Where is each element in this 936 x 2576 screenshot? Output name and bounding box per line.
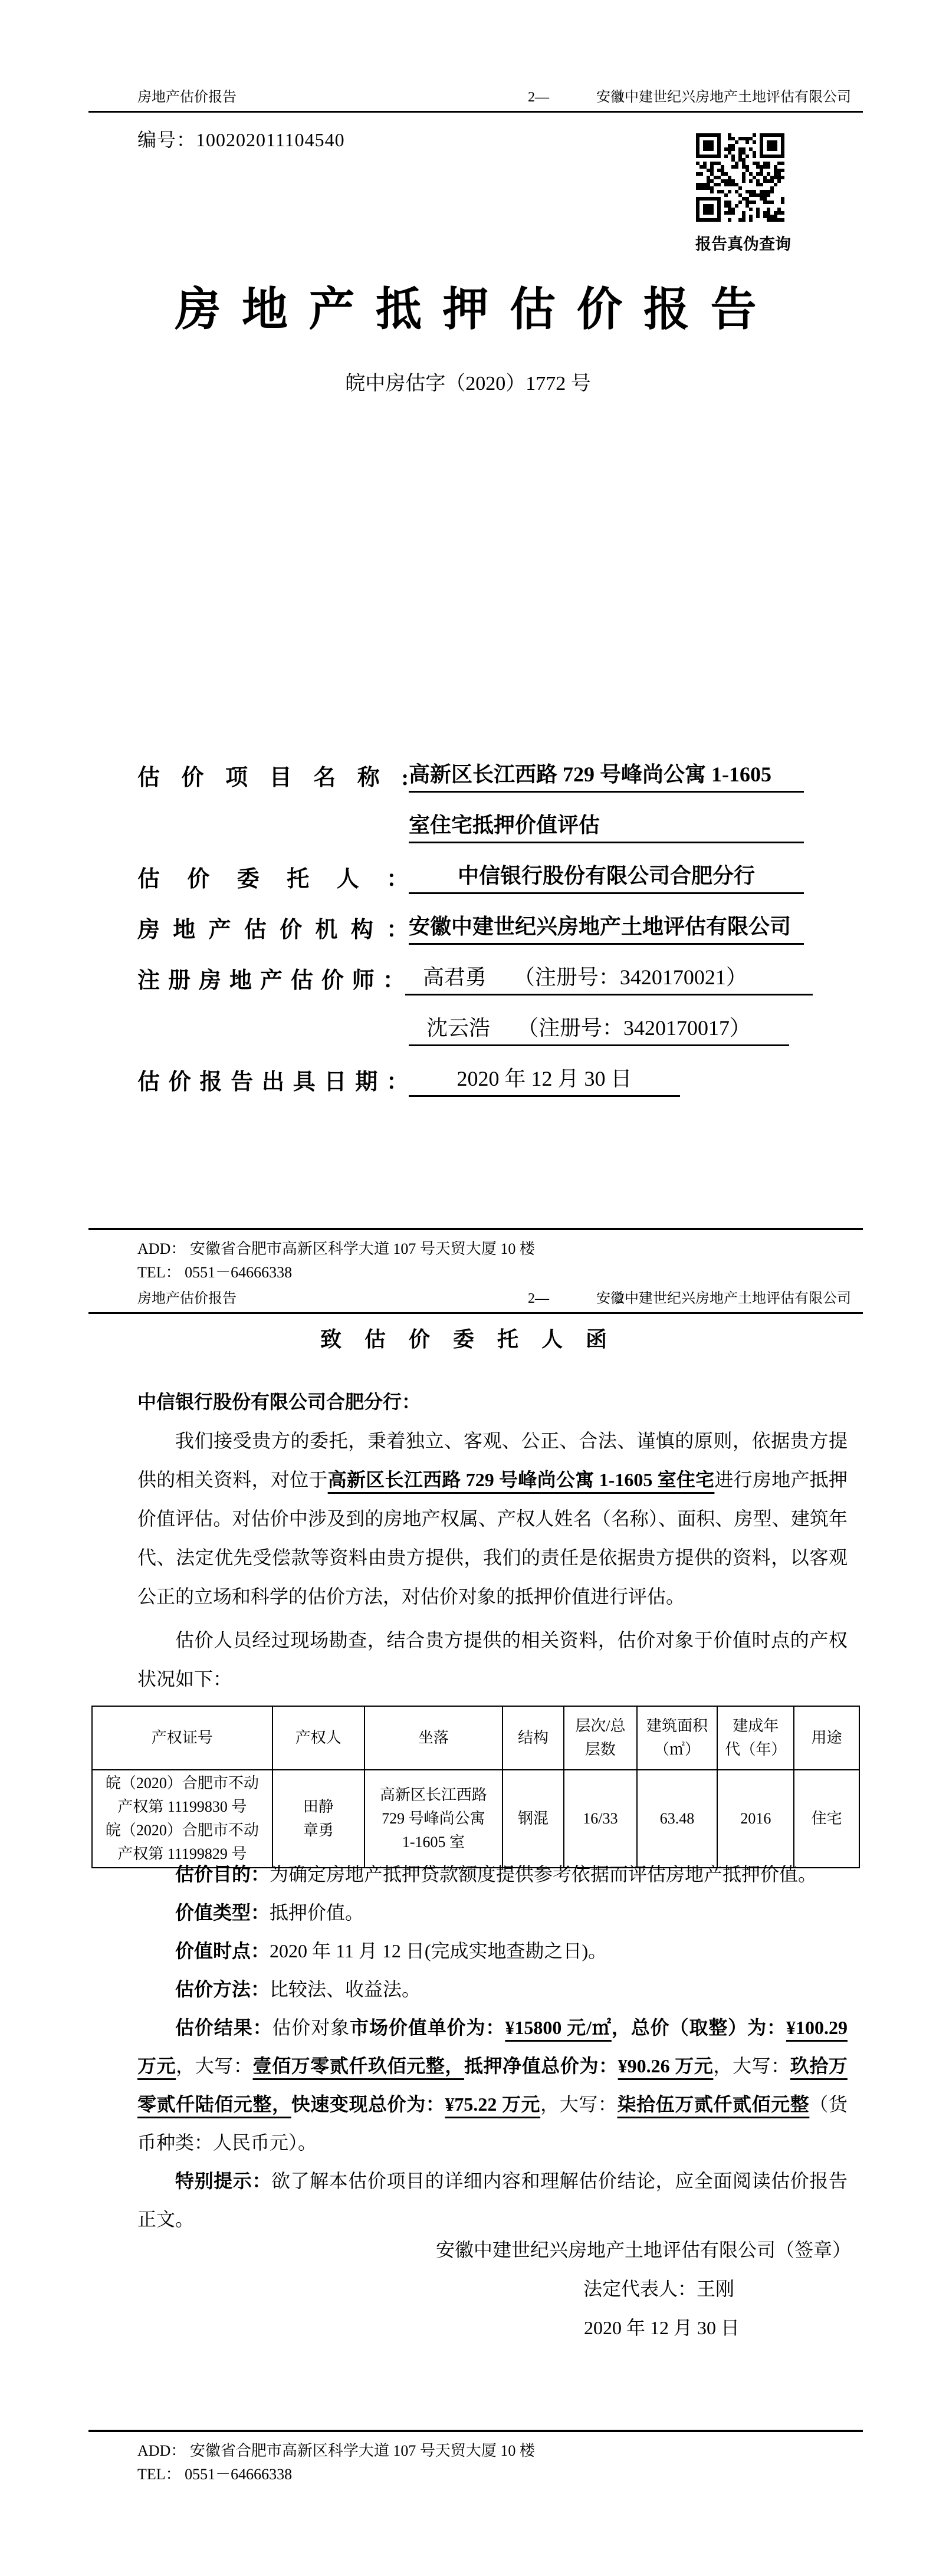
value-date-value: 2020 年 11 月 12 日(完成实地查勘之日)。 — [270, 1940, 607, 1961]
field-project-value-line1: 高新区长江西路 729 号峰尚公寓 1-1605 — [409, 759, 804, 793]
result-seg-5: ，大写： — [176, 2055, 252, 2076]
purpose-label: 估价目的： — [175, 1864, 270, 1885]
signature-date: 2020 年 12 月 30 日 — [584, 2313, 740, 2340]
result-label: 估价结果： — [175, 2017, 272, 2038]
methods-line: 估价方法：比较法、收益法。 — [137, 1970, 848, 2009]
page2-header-company: 安徽中建世纪兴房地产土地评估有限公司 — [596, 1289, 851, 1309]
field-project-row1: 估 价 项 目 名 称 : 高新区长江西路 729 号峰尚公寓 1-1605 — [137, 742, 813, 793]
col-header-owner: 产权人 — [272, 1706, 364, 1770]
property-rights-table: 产权证号 产权人 坐落 结构 层次/总 层数 建筑面积 （㎡） 建成年 代（年）… — [91, 1706, 860, 1868]
result-seg-1: 市场价值单价为： — [350, 2017, 505, 2038]
value-type-label: 价值类型： — [175, 1902, 270, 1923]
field-agency-label: 房地产估价机构： — [137, 915, 409, 945]
page1-header-page-group: 2— — [528, 90, 549, 105]
report-number: 编号：100202011104540 — [137, 125, 345, 152]
page1-header-doc-type: 房地产估价报告 — [137, 87, 237, 107]
qr-caption: 报告真伪查询 — [675, 231, 811, 254]
page2-header-page-group: 2— — [528, 1291, 549, 1306]
result-seg-11: 快速变现总价为： — [291, 2094, 445, 2115]
result-total-price-words: 壹佰万零贰仟玖佰元整， — [253, 2055, 464, 2076]
result-seg-13: ，大写： — [540, 2094, 617, 2115]
report-number-value: 100202011104540 — [196, 129, 345, 150]
result-seg-9: ，大写： — [713, 2055, 790, 2076]
methods-label: 估价方法： — [175, 1979, 270, 2000]
qr-code — [696, 133, 784, 222]
purpose-line: 估价目的：为确定房地产抵押贷款额度提供参考依据而评估房地产抵押价值。 — [137, 1855, 848, 1894]
field-appraiser2-value: 沈云浩（注册号：3420170017） — [409, 1013, 789, 1046]
col-header-structure: 结构 — [503, 1706, 564, 1770]
special-notice-label: 特别提示： — [175, 2170, 271, 2191]
result-net-price: ¥90.26 万元 — [618, 2055, 714, 2076]
cell-cert-no: 皖（2020）合肥市不动 产权第 11199830 号 皖（2020）合肥市不动… — [92, 1770, 272, 1868]
signature-company: 安徽中建世纪兴房地产土地评估有限公司（签章） — [88, 2235, 863, 2262]
page1-footer-address: ADD： 安徽省合肥市高新区科学大道 107 号天贸大厦 10 楼 — [88, 1237, 863, 1261]
table-header-row: 产权证号 产权人 坐落 结构 层次/总 层数 建筑面积 （㎡） 建成年 代（年）… — [92, 1706, 859, 1770]
field-project-value-line2: 室住宅抵押价值评估 — [409, 810, 804, 843]
value-type-value: 抵押价值。 — [270, 1902, 364, 1923]
col-header-area: 建筑面积 （㎡） — [637, 1706, 718, 1770]
field-report-date-value: 2020 年 12 月 30 日 — [409, 1063, 680, 1097]
cell-owner: 田静 章勇 — [272, 1770, 364, 1868]
special-notice: 特别提示：欲了解本估价项目的详细内容和理解估价结论，应全面阅读估价报告正文。 — [137, 2162, 848, 2239]
cell-location: 高新区长江西路 729 号峰尚公寓 1-1605 室 — [364, 1770, 503, 1868]
result-unit-price: ¥15800 元/㎡ — [505, 2017, 612, 2038]
field-agency-row: 房地产估价机构： 安徽中建世纪兴房地产土地评估有限公司 — [137, 894, 813, 945]
result-seg-7: 抵押净值总价为： — [464, 2055, 618, 2076]
field-project-label: 估 价 项 目 名 称 : — [137, 763, 409, 793]
signature-legal-representative: 法定代表人：王刚 — [583, 2274, 734, 2301]
field-appraiser1-row: 注册房地产估价师： 高君勇（注册号：3420170021） — [137, 945, 813, 995]
report-document: { "page1": { "header": { "left": "房地产估价报… — [0, 0, 936, 2576]
letter-title: 致 估 价 委 托 人 函 — [0, 1323, 936, 1353]
cell-structure: 钢混 — [503, 1770, 564, 1868]
col-header-use: 用途 — [794, 1706, 859, 1770]
purpose-value: 为确定房地产抵押贷款额度提供参考依据而评估房地产抵押价值。 — [270, 1864, 817, 1885]
page2-running-header: 房地产估价报告 2—2 安徽中建世纪兴房地产土地评估有限公司 — [88, 1289, 863, 1314]
field-client-value: 中信银行股份有限公司合肥分行 — [409, 860, 804, 894]
result-seg-0: 估价对象 — [272, 2017, 350, 2038]
page2-header-doc-type: 房地产估价报告 — [137, 1289, 237, 1309]
letter-salutation: 中信银行股份有限公司合肥分行： — [137, 1387, 421, 1414]
field-client-label: 估 价 委 托 人 ： — [137, 865, 409, 894]
appraiser1-reg-no: （注册号：3420170021） — [514, 965, 747, 989]
cover-title: 房 地 产 抵 押 估 价 报 告 — [0, 272, 936, 339]
cell-year-built: 2016 — [717, 1770, 794, 1868]
value-date-label: 价值时点： — [175, 1940, 270, 1961]
field-client-row: 估 价 委 托 人 ： 中信银行股份有限公司合肥分行 — [137, 843, 813, 894]
cell-use: 住宅 — [794, 1770, 859, 1868]
qr-code-image — [696, 133, 784, 222]
cell-area: 63.48 — [637, 1770, 718, 1868]
col-header-cert-no: 产权证号 — [92, 1706, 272, 1770]
field-agency-value: 安徽中建世纪兴房地产土地评估有限公司 — [409, 911, 804, 945]
page1-footer-telephone: TEL： 0551－64666338 — [88, 1261, 863, 1284]
page2-footer-address: ADD： 安徽省合肥市高新区科学大道 107 号天贸大厦 10 楼 — [88, 2439, 863, 2463]
value-date-line: 价值时点：2020 年 11 月 12 日(完成实地查勘之日)。 — [137, 1932, 848, 1970]
appraiser2-reg-no: （注册号：3420170017） — [517, 1016, 751, 1040]
conclusion-sections: 估价目的：为确定房地产抵押贷款额度提供参考依据而评估房地产抵押价值。 价值类型：… — [137, 1855, 848, 2239]
letter-paragraph-1: 我们接受贵方的委托，秉着独立、客观、公正、合法、谨慎的原则，依据贵方提供的相关资… — [137, 1421, 848, 1616]
letter-paragraph-2: 估价人员经过现场勘查，结合贵方提供的相关资料，估价对象于价值时点的产权状况如下： — [137, 1621, 848, 1698]
result-paragraph: 估价结果：估价对象市场价值单价为：¥15800 元/㎡，总价（取整）为：¥100… — [137, 2009, 848, 2162]
result-quick-sale-price: ¥75.22 万元 — [445, 2094, 540, 2115]
value-type-line: 价值类型：抵押价值。 — [137, 1894, 848, 1932]
para1-property-address: 高新区长江西路 729 号峰尚公寓 1-1605 室住宅 — [328, 1469, 715, 1490]
page1-running-header: 房地产估价报告 2—1 安徽中建世纪兴房地产土地评估有限公司 — [88, 87, 863, 113]
table-data-row: 皖（2020）合肥市不动 产权第 11199830 号 皖（2020）合肥市不动… — [92, 1770, 859, 1868]
cover-subtitle: 皖中房估字（2020）1772 号 — [0, 367, 936, 396]
field-report-date-row: 估价报告出具日期： 2020 年 12 月 30 日 — [137, 1046, 813, 1097]
page2-footer-telephone: TEL： 0551－64666338 — [88, 2463, 863, 2486]
col-header-year-built: 建成年 代（年） — [717, 1706, 794, 1770]
report-number-label: 编号： — [137, 129, 196, 150]
cell-floor: 16/33 — [564, 1770, 637, 1868]
result-quick-sale-words: 柒拾伍万贰仟贰佰元整 — [617, 2094, 809, 2115]
appraiser1-name: 高君勇 — [423, 965, 487, 989]
field-appraiser-label: 注册房地产估价师： — [137, 966, 405, 995]
result-seg-3: ，总价（取整）为： — [612, 2017, 786, 2038]
page2-footer: ADD： 安徽省合肥市高新区科学大道 107 号天贸大厦 10 楼 TEL： 0… — [88, 2430, 863, 2486]
field-project-row2: 室住宅抵押价值评估 — [137, 793, 813, 843]
methods-value: 比较法、收益法。 — [270, 1979, 421, 2000]
col-header-location: 坐落 — [364, 1706, 503, 1770]
field-appraiser2-row: 沈云浩（注册号：3420170017） — [137, 995, 813, 1046]
appraiser2-name: 沈云浩 — [426, 1016, 490, 1040]
field-report-date-label: 估价报告出具日期： — [137, 1067, 409, 1097]
cover-fields: 估 价 项 目 名 称 : 高新区长江西路 729 号峰尚公寓 1-1605 室… — [137, 742, 813, 1097]
col-header-floor: 层次/总 层数 — [564, 1706, 637, 1770]
field-appraiser1-value: 高君勇（注册号：3420170021） — [405, 962, 813, 995]
page1-footer: ADD： 安徽省合肥市高新区科学大道 107 号天贸大厦 10 楼 TEL： 0… — [88, 1228, 863, 1284]
page1-header-company: 安徽中建世纪兴房地产土地评估有限公司 — [596, 87, 851, 107]
